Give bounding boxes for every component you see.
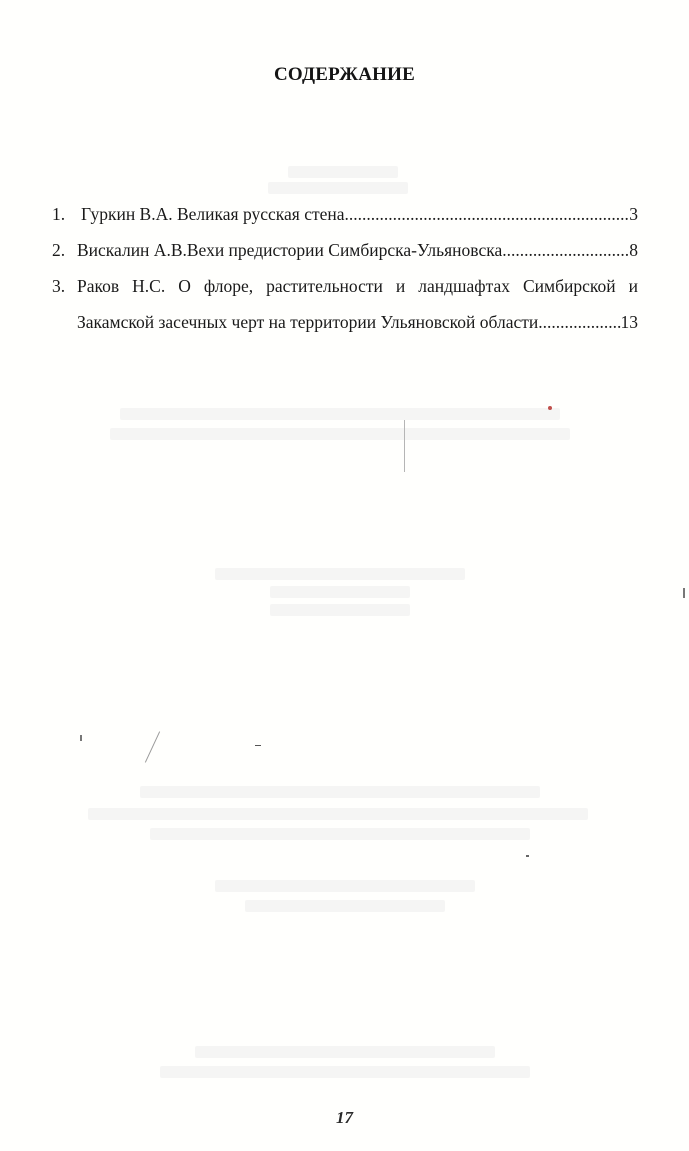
scan-mark [255,745,261,746]
page-number: 17 [0,1108,689,1128]
page-title: СОДЕРЖАНИЕ [0,64,689,86]
show-through-text [288,166,398,178]
scan-mark [683,588,685,598]
show-through-text [268,182,408,194]
toc-entry-title: Гуркин В.А. Великая русская стена [81,196,345,232]
toc-entry-number: 3. [52,268,77,304]
toc-leader-dots [502,232,629,268]
toc-entry-number: 1. [52,196,81,232]
toc-entry[interactable]: 1. Гуркин В.А. Великая русская стена 3 [52,196,638,232]
toc-entry-page: 3 [629,196,638,232]
toc-entry-title-line2: Закамской засечных черт на территории Ул… [77,304,538,340]
toc-entry-number: 2. [52,232,77,268]
show-through-text [195,1046,495,1058]
show-through-text [150,828,530,840]
document-page: СОДЕРЖАНИЕ 1. Гуркин В.А. Великая русска… [0,0,689,1151]
show-through-text [120,408,560,420]
toc-entry-page: 8 [629,232,638,268]
toc-entry-title-line1: Раков Н.С. О флоре, растительности и лан… [77,268,638,304]
toc-entry[interactable]: 2. Вискалин А.В.Вехи предистории Симбирс… [52,232,638,268]
show-through-text [270,604,410,616]
toc-leader-dots [345,196,630,232]
scan-mark [145,731,160,762]
toc-entry[interactable]: 3. Раков Н.С. О флоре, растительности и … [52,268,638,340]
table-of-contents: 1. Гуркин В.А. Великая русская стена 3 2… [52,196,638,340]
toc-entry-page: 13 [621,304,639,340]
show-through-text [245,900,445,912]
scan-mark [526,855,529,857]
show-through-text [140,786,540,798]
scan-mark [548,406,552,410]
scan-mark [80,735,82,741]
show-through-text [160,1066,530,1078]
show-through-text [88,808,588,820]
toc-entry-title: Вискалин А.В.Вехи предистории Симбирска-… [77,232,502,268]
show-through-text [215,568,465,580]
toc-leader-dots [538,304,620,340]
scan-mark [404,420,405,472]
show-through-text [110,428,570,440]
show-through-text [270,586,410,598]
show-through-text [215,880,475,892]
